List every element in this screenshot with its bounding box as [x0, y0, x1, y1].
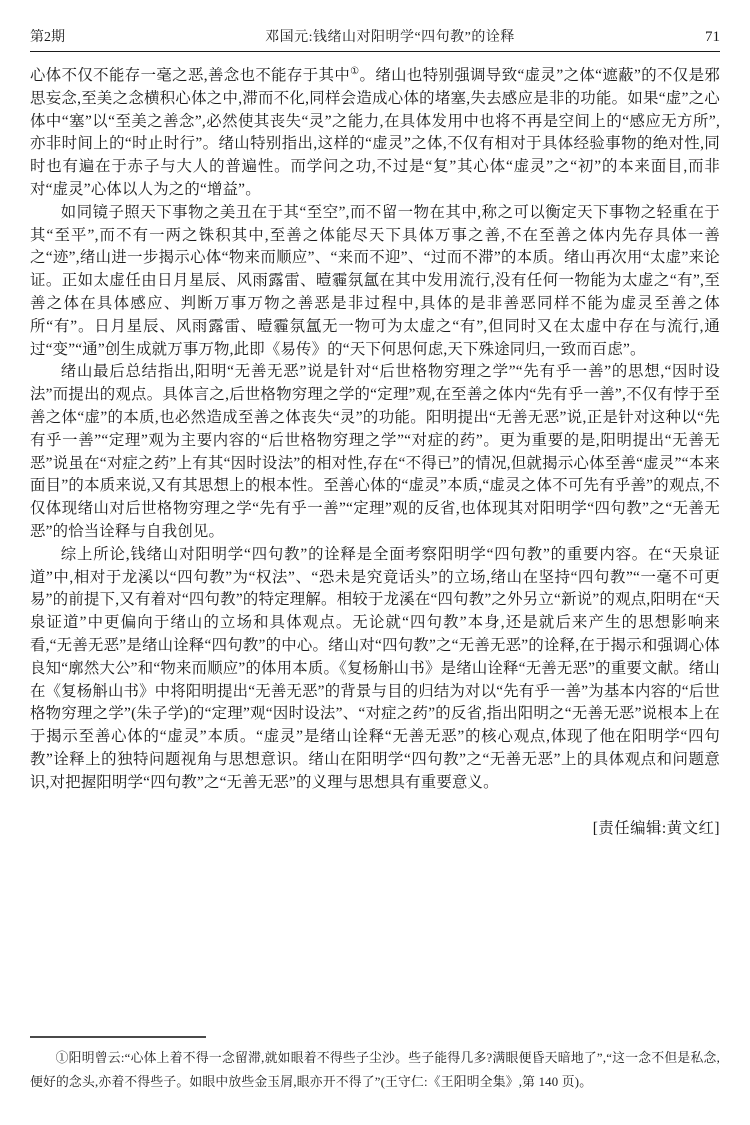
- page-number: 71: [660, 29, 720, 46]
- footnote-content: 阳明曾云:“心体上着不得一念留滞,就如眼着不得些子尘沙。些子能得几多?满眼便昏天…: [30, 1051, 720, 1089]
- footnote-section: ①阳明曾云:“心体上着不得一念留滞,就如眼着不得些子尘沙。些子能得几多?满眼便昏…: [30, 1036, 720, 1094]
- body-paragraph: 综上所论,钱绪山对阳明学“四句教”的诠释是全面考察阳明学“四句教”的重要内容。在…: [30, 544, 720, 795]
- footnote-separator: [30, 1036, 206, 1038]
- body-paragraph: 如同镜子照天下事物之美丑在于其“至空”,而不留一物在其中,称之可以衡定天下事物之…: [30, 202, 720, 362]
- body-paragraph: 绪山最后总结指出,阳明“无善无恶”说是针对“后世格物穷理之学”“先有乎一善”的思…: [30, 361, 720, 543]
- page-header: 第2期 邓国元:钱绪山对阳明学“四句教”的诠释 71: [30, 26, 720, 52]
- running-title: 邓国元:钱绪山对阳明学“四句教”的诠释: [120, 26, 660, 46]
- paragraph-text: 心体不仅不能存一毫之恶,善念也不能存于其中: [30, 67, 350, 84]
- journal-issue: 第2期: [30, 26, 120, 46]
- body-paragraph: 心体不仅不能存一毫之恶,善念也不能存于其中①。绪山也特别强调导致“虚灵”之体“遮…: [30, 65, 720, 202]
- footnote-marker: ①: [56, 1051, 69, 1065]
- journal-page: 第2期 邓国元:钱绪山对阳明学“四句教”的诠释 71 心体不仅不能存一毫之恶,善…: [0, 0, 750, 1125]
- responsible-editor: [责任编辑:黄文红]: [30, 816, 720, 838]
- paragraph-text: 。绪山也特别强调导致“虚灵”之体“遮蔽”的不仅是邪思妄念,至美之念横积心体之中,…: [30, 67, 720, 198]
- footnote-reference: ①: [350, 66, 359, 77]
- article-body: 心体不仅不能存一毫之恶,善念也不能存于其中①。绪山也特别强调导致“虚灵”之体“遮…: [30, 65, 720, 795]
- footnote-text: ①阳明曾云:“心体上着不得一念留滞,就如眼着不得些子尘沙。些子能得几多?满眼便昏…: [30, 1047, 720, 1094]
